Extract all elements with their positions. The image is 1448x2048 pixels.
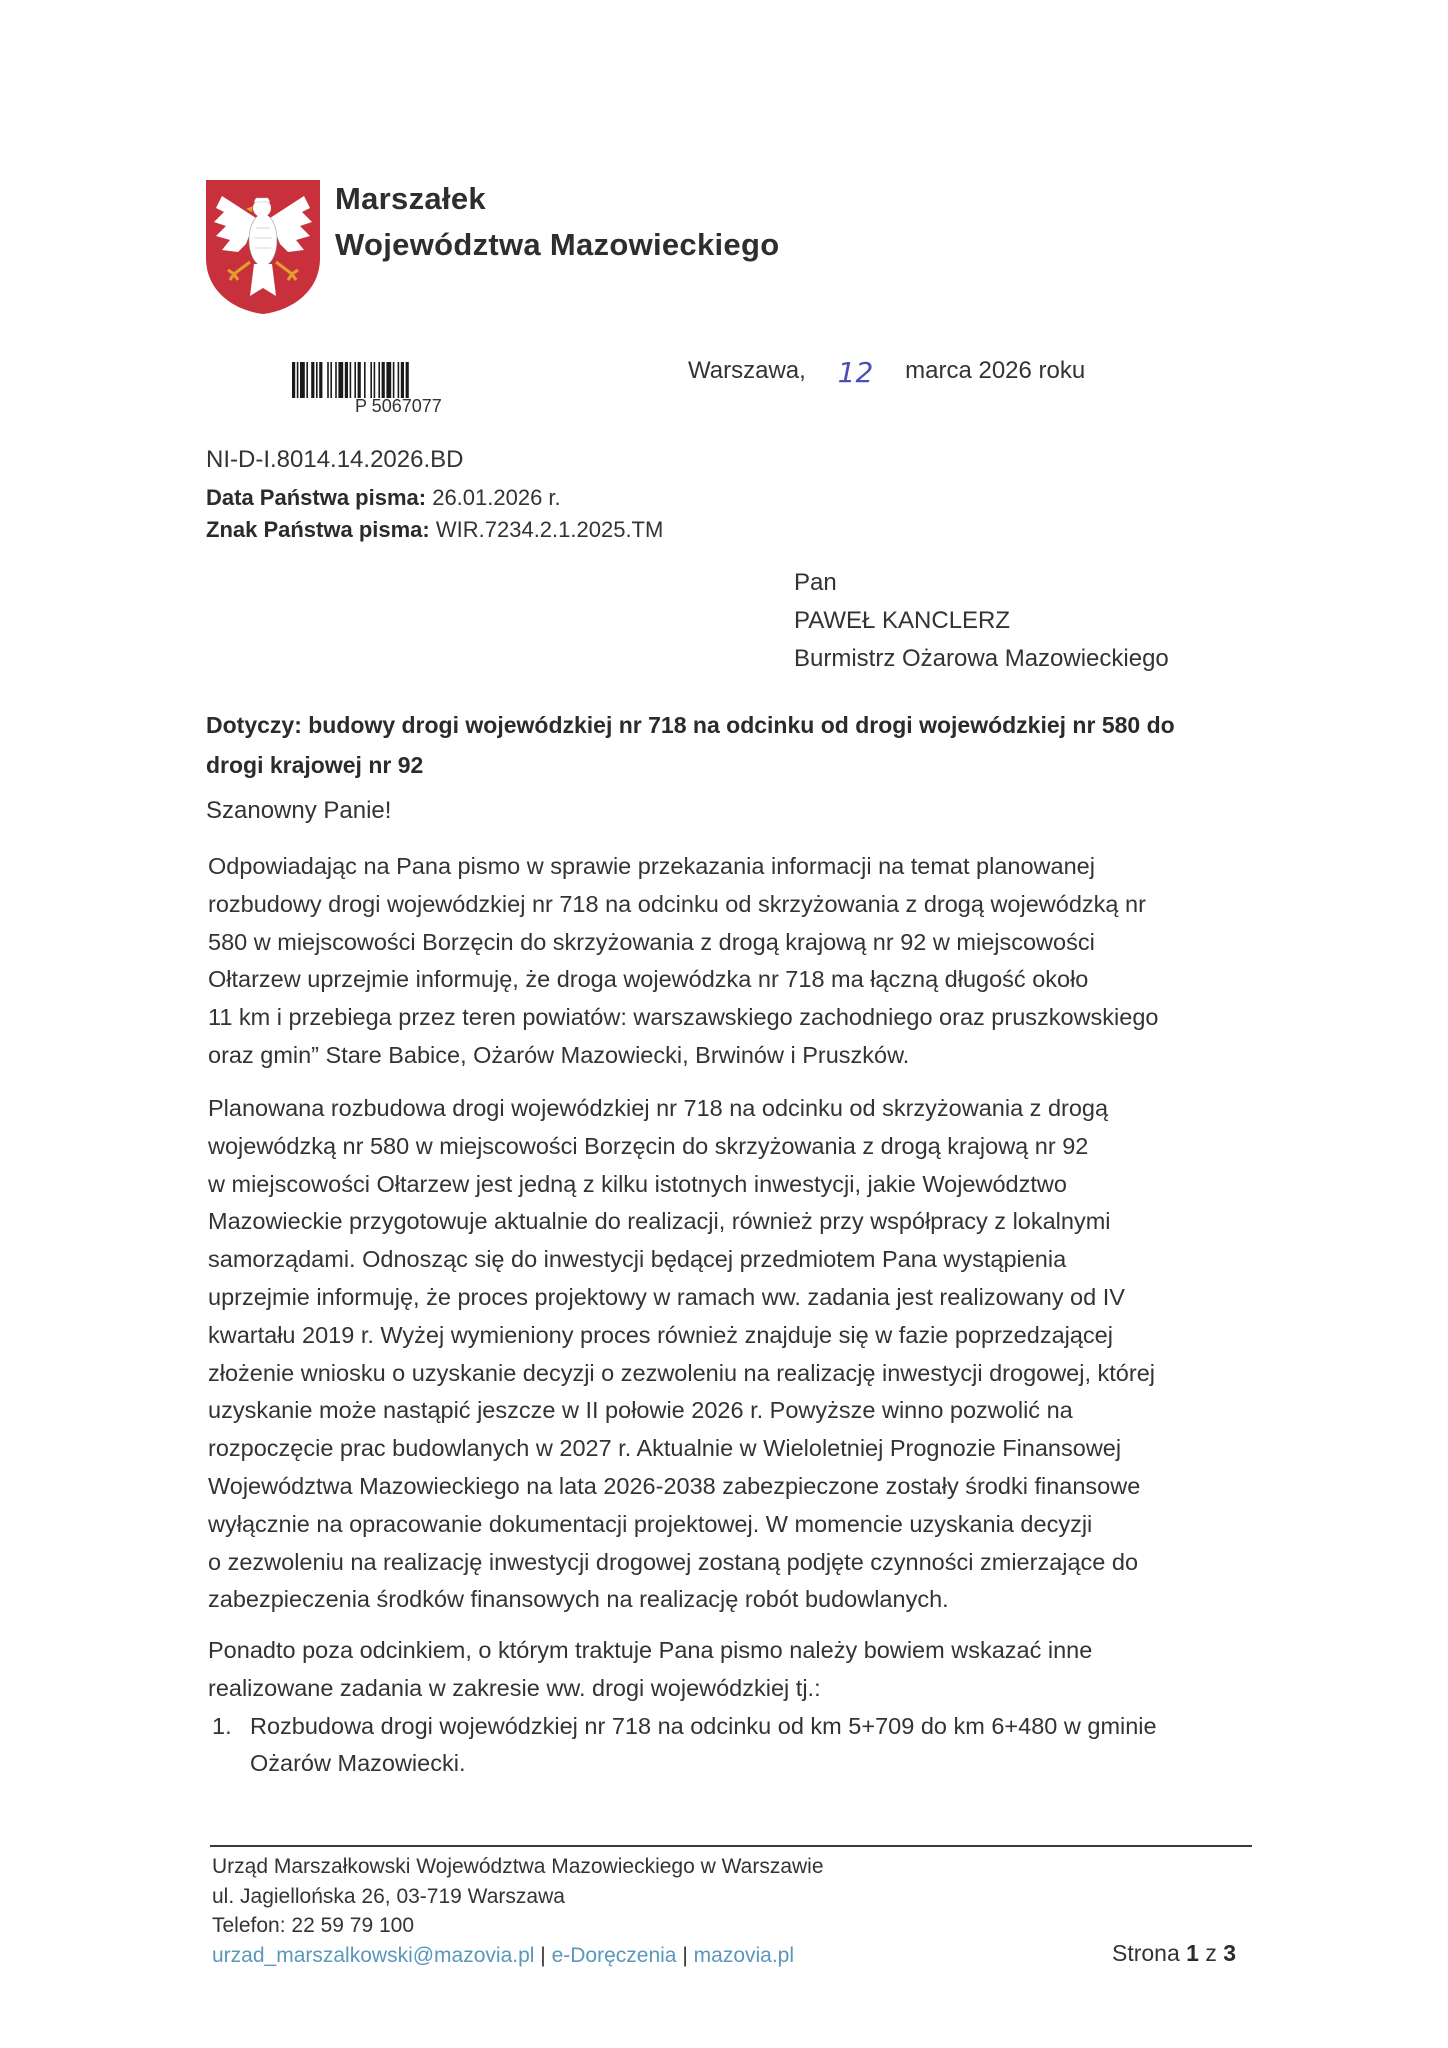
page-total: 3: [1223, 1940, 1236, 1966]
paragraph-3-lines: Ponadto poza odcinkiem, o którym traktuj…: [208, 1632, 1248, 1708]
footer-links: urzad_marszalkowski@mazovia.pl | e-Doręc…: [212, 1941, 824, 1971]
e-doreczenia-link[interactable]: e-Doręczenia: [552, 1944, 677, 1967]
paragraph-line: Ponadto poza odcinkiem, o którym traktuj…: [208, 1632, 1248, 1670]
link-separator: |: [682, 1944, 687, 1967]
paragraph-line: 11 km i przebiega przez teren powiatów: …: [208, 999, 1248, 1037]
page-number: Strona 1 z 3: [1112, 1940, 1236, 1967]
footer: Urząd Marszałkowski Województwa Mazowiec…: [212, 1852, 824, 1970]
body-paragraph-2: Planowana rozbudowa drogi wojewódzkiej n…: [208, 1090, 1248, 1619]
subject-line1: Dotyczy: budowy drogi wojewódzkiej nr 71…: [206, 705, 1216, 745]
letter-reference: Znak Państwa pisma: WIR.7234.2.1.2025.TM: [206, 517, 663, 543]
page-current: 1: [1186, 1940, 1199, 1966]
barcode-icon: [292, 362, 520, 398]
addressee-title: Burmistrz Ożarowa Mazowieckiego: [794, 640, 1169, 678]
letter-date-value: 26.01.2026 r.: [432, 485, 560, 510]
page-of: z: [1205, 1940, 1217, 1966]
paragraph-line: Ołtarzew uprzejmie informuję, że droga w…: [208, 961, 1248, 999]
paragraph-line: kwartału 2019 r. Wyżej wymieniony proces…: [208, 1317, 1248, 1355]
addressee-salutation: Pan: [794, 564, 1169, 602]
case-number: NI-D-I.8014.14.2026.BD: [206, 446, 463, 474]
sender-title-line2: Województwa Mazowieckiego: [335, 222, 779, 268]
letter-reference-label: Znak Państwa pisma:: [206, 517, 430, 542]
website-link[interactable]: mazovia.pl: [694, 1944, 794, 1967]
paragraph-line: samorządami. Odnosząc się do inwestycji …: [208, 1241, 1248, 1279]
paragraph-line: o zezwoleniu na realizację inwestycji dr…: [208, 1544, 1248, 1582]
date-city: Warszawa,: [688, 357, 806, 385]
letter-reference-value: WIR.7234.2.1.2025.TM: [436, 517, 663, 542]
paragraph-line: oraz gmin” Stare Babice, Ożarów Mazowiec…: [208, 1037, 1248, 1075]
letter-date: Data Państwa pisma: 26.01.2026 r.: [206, 485, 561, 511]
paragraph-line: Województwa Mazowieckiego na lata 2026-2…: [208, 1468, 1248, 1506]
paragraph-line: uprzejmie informuję, że proces projektow…: [208, 1279, 1248, 1317]
list-item-line1: Rozbudowa drogi wojewódzkiej nr 718 na o…: [250, 1713, 1157, 1739]
paragraph-line: złożenie wniosku o uzyskanie decyzji o z…: [208, 1355, 1248, 1393]
paragraph-line: realizowane zadania w zakresie ww. drogi…: [208, 1670, 1248, 1708]
addressee-block: Pan PAWEŁ KANCLERZ Burmistrz Ożarowa Maz…: [794, 564, 1169, 678]
date-line: Warszawa, 12 marca 2026 roku: [688, 352, 1085, 385]
link-separator: |: [540, 1944, 545, 1967]
sender-title: Marszałek Województwa Mazowieckiego: [335, 176, 779, 268]
page-label: Strona: [1112, 1940, 1180, 1966]
footer-address: ul. Jagiellońska 26, 03-719 Warszawa: [212, 1882, 824, 1912]
barcode-number: P 5067077: [355, 396, 442, 417]
subject-line2: drogi krajowej nr 92: [206, 745, 1216, 785]
list-item-continuation: Ożarów Mazowiecki.: [208, 1745, 1248, 1783]
body-paragraph-3: Ponadto poza odcinkiem, o którym traktuj…: [208, 1632, 1248, 1783]
addressee-name: PAWEŁ KANCLERZ: [794, 602, 1169, 640]
paragraph-line: Planowana rozbudowa drogi wojewódzkiej n…: [208, 1090, 1248, 1128]
paragraph-line: Odpowiadając na Pana pismo w sprawie prz…: [208, 848, 1248, 886]
paragraph-line: wojewódzką nr 580 w miejscowości Borzęci…: [208, 1128, 1248, 1166]
greeting: Szanowny Panie!: [206, 797, 391, 825]
paragraph-line: rozbudowy drogi wojewódzkiej nr 718 na o…: [208, 886, 1248, 924]
date-day-handwritten: 12: [812, 356, 898, 389]
footer-phone: Telefon: 22 59 79 100: [212, 1911, 824, 1941]
paragraph-line: uzyskanie może nastąpić jeszcze w II poł…: [208, 1392, 1248, 1430]
body-paragraph-1: Odpowiadając na Pana pismo w sprawie prz…: [208, 848, 1248, 1075]
paragraph-line: Mazowieckie przygotowuje aktualnie do re…: [208, 1203, 1248, 1241]
subject: Dotyczy: budowy drogi wojewódzkiej nr 71…: [206, 705, 1216, 785]
letter-date-label: Data Państwa pisma:: [206, 485, 426, 510]
email-link[interactable]: urzad_marszalkowski@mazovia.pl: [212, 1944, 534, 1967]
footer-divider: [210, 1845, 1252, 1847]
sender-title-line1: Marszałek: [335, 176, 779, 222]
paragraph-line: zabezpieczenia środków finansowych na re…: [208, 1581, 1248, 1619]
coat-of-arms-icon: [204, 178, 322, 316]
paragraph-line: 580 w miejscowości Borzęcin do skrzyżowa…: [208, 924, 1248, 962]
list-item-number: 1.: [208, 1708, 250, 1746]
paragraph-line: rozpoczęcie prac budowlanych w 2027 r. A…: [208, 1430, 1248, 1468]
footer-office: Urząd Marszałkowski Województwa Mazowiec…: [212, 1852, 824, 1882]
paragraph-line: wyłącznie na opracowanie dokumentacji pr…: [208, 1506, 1248, 1544]
paragraph-line: w miejscowości Ołtarzew jest jedną z kil…: [208, 1166, 1248, 1204]
date-month-year: marca 2026 roku: [905, 357, 1085, 384]
list-item: 1.Rozbudowa drogi wojewódzkiej nr 718 na…: [208, 1708, 1248, 1746]
